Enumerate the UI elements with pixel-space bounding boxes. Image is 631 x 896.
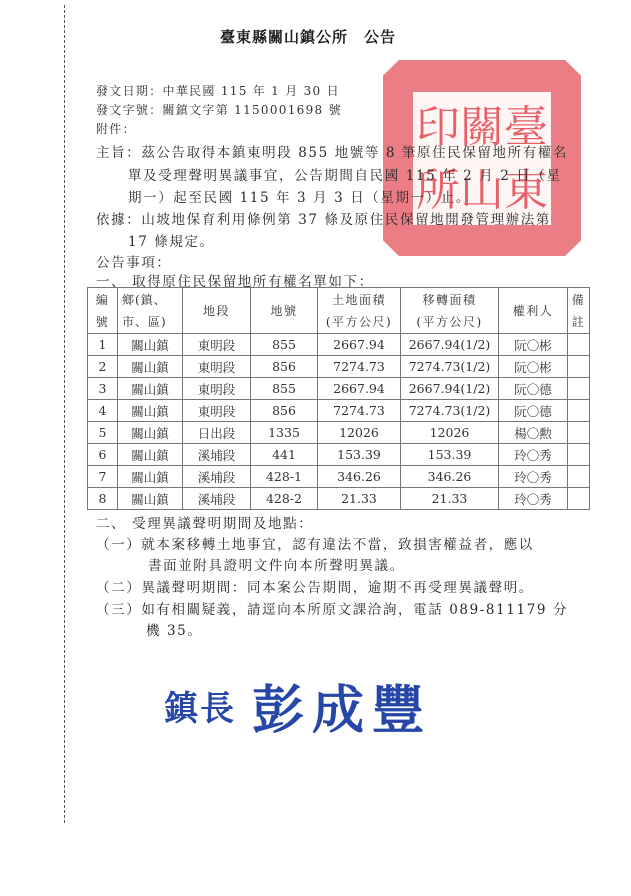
cell-land-section: 溪埔段 <box>183 444 251 466</box>
cell-no: 2 <box>88 356 118 378</box>
cell-owner: 玲〇秀 <box>499 444 568 466</box>
cell-lot-number: 441 <box>251 444 318 466</box>
cell-lot-number: 428-1 <box>251 466 318 488</box>
table-row: 3 關山鎮 東明段 855 2667.94 2667.94(1/2) 阮〇德 <box>88 378 590 400</box>
cell-transfer-area: 2667.94(1/2) <box>401 334 499 356</box>
cell-transfer-area: 153.39 <box>401 444 499 466</box>
header-lot-number: 地號 <box>251 288 318 334</box>
cell-owner: 阮〇彬 <box>499 356 568 378</box>
cell-transfer-area: 12026 <box>401 422 499 444</box>
header-land-section: 地段 <box>183 288 251 334</box>
header-transfer-area: 移轉面積(平方公尺) <box>401 288 499 334</box>
section-2-item-3-line-2: 機 35。 <box>146 619 202 639</box>
section-2-item-1-line-1: （一）就本案移轉土地事宜，認有違法不當，致損害權益者，應以 <box>96 533 534 553</box>
cell-lot-number: 1335 <box>251 422 318 444</box>
cell-remarks <box>568 488 590 510</box>
table-row: 6 關山鎮 溪埔段 441 153.39 153.39 玲〇秀 <box>88 444 590 466</box>
cell-remarks <box>568 334 590 356</box>
cell-owner: 玲〇秀 <box>499 466 568 488</box>
cell-remarks <box>568 466 590 488</box>
cell-lot-number: 428-2 <box>251 488 318 510</box>
cell-land-area: 7274.73 <box>318 400 401 422</box>
cell-land-section: 溪埔段 <box>183 488 251 510</box>
cell-remarks <box>568 356 590 378</box>
cell-owner: 阮〇德 <box>499 400 568 422</box>
cell-remarks <box>568 444 590 466</box>
cell-land-area: 2667.94 <box>318 378 401 400</box>
cell-owner: 楊〇勲 <box>499 422 568 444</box>
basis-line-2: 17 條規定。 <box>128 230 215 250</box>
cell-no: 7 <box>88 466 118 488</box>
cell-township: 關山鎮 <box>118 466 183 488</box>
section-2-item-2: （二）異議聲明期間：同本案公告期間，逾期不再受理異議聲明。 <box>96 576 534 596</box>
cell-land-section: 東明段 <box>183 356 251 378</box>
issue-number: 發文字號：關鎮文字第 1150001698 號 <box>96 101 342 118</box>
cell-no: 3 <box>88 378 118 400</box>
cell-no: 1 <box>88 334 118 356</box>
cell-land-section: 東明段 <box>183 334 251 356</box>
cell-township: 關山鎮 <box>118 488 183 510</box>
item-text: 就本案移轉土地事宜，認有違法不當，致損害權益者，應以 <box>141 537 534 553</box>
cell-remarks <box>568 400 590 422</box>
cell-land-section: 日出段 <box>183 422 251 444</box>
subject-line-2: 單及受理聲明異議事宜，公告期間自民國 115 年 2 月 2 日（星 <box>128 164 562 184</box>
header-owner: 權利人 <box>499 288 568 334</box>
signature-title: 鎮長 <box>164 689 236 729</box>
table-row: 5 關山鎮 日出段 1335 12026 12026 楊〇勲 <box>88 422 590 444</box>
issue-number-label: 發文字號： <box>96 103 163 117</box>
issue-date: 發文日期：中華民國 115 年 1 月 30 日 <box>96 82 340 99</box>
header-land-area: 土地面積(平方公尺) <box>318 288 401 334</box>
mayor-signature: 鎮長彭成豐 <box>164 668 432 743</box>
attachment-label: 附件： <box>96 120 136 137</box>
cell-no: 6 <box>88 444 118 466</box>
document-title: 臺東縣關山鎮公所公告 <box>220 26 396 47</box>
table-row: 1 關山鎮 東明段 855 2667.94 2667.94(1/2) 阮〇彬 <box>88 334 590 356</box>
section-2-item-1-line-2: 書面並附具證明文件向本所聲明異議。 <box>148 554 405 574</box>
header-township: 鄉(鎮、市、區) <box>118 288 183 334</box>
basis-text: 山坡地保育利用條例第 37 條及原住民保留地開發管理辦法第 <box>141 212 551 228</box>
cell-land-section: 東明段 <box>183 378 251 400</box>
cell-township: 關山鎮 <box>118 444 183 466</box>
cell-land-section: 東明段 <box>183 400 251 422</box>
issue-number-value: 關鎮文字第 1150001698 號 <box>163 103 342 117</box>
notice-heading: 公告事項： <box>96 251 172 271</box>
item-label: （一） <box>96 537 141 553</box>
cell-owner: 玲〇秀 <box>499 488 568 510</box>
basis-line-1: 依據：山坡地保育利用條例第 37 條及原住民保留地開發管理辦法第 <box>96 208 551 228</box>
cell-land-area: 7274.73 <box>318 356 401 378</box>
item-label: （二） <box>96 580 141 596</box>
cell-township: 關山鎮 <box>118 356 183 378</box>
table-row: 8 關山鎮 溪埔段 428-2 21.33 21.33 玲〇秀 <box>88 488 590 510</box>
cell-no: 8 <box>88 488 118 510</box>
item-text: 異議聲明期間：同本案公告期間，逾期不再受理異議聲明。 <box>141 580 534 596</box>
subject-text: 茲公告取得本鎮東明段 855 地號等 8 筆原住民保留地所有權名 <box>141 145 568 161</box>
cell-township: 關山鎮 <box>118 378 183 400</box>
cell-lot-number: 855 <box>251 334 318 356</box>
header-remarks: 備註 <box>568 288 590 334</box>
cell-land-area: 153.39 <box>318 444 401 466</box>
section-2-title: 二、 受理異議聲明期間及地點： <box>96 512 313 532</box>
table-row: 4 關山鎮 東明段 856 7274.73 7274.73(1/2) 阮〇德 <box>88 400 590 422</box>
subject-line-3: 期一）起至民國 115 年 3 月 3 日（星期一）止。 <box>128 186 471 206</box>
cell-remarks <box>568 422 590 444</box>
binding-cut-line <box>64 5 65 823</box>
cell-land-area: 21.33 <box>318 488 401 510</box>
signature-name: 彭成豐 <box>252 680 432 741</box>
cell-remarks <box>568 378 590 400</box>
subject-label: 主旨： <box>96 145 141 161</box>
basis-label: 依據： <box>96 212 141 228</box>
item-text: 如有相關疑義，請逕向本所原文課洽詢，電話 089-811179 分 <box>141 602 568 618</box>
cell-land-section: 溪埔段 <box>183 466 251 488</box>
cell-land-area: 346.26 <box>318 466 401 488</box>
cell-owner: 阮〇德 <box>499 378 568 400</box>
cell-land-area: 12026 <box>318 422 401 444</box>
cell-no: 4 <box>88 400 118 422</box>
table-row: 2 關山鎮 東明段 856 7274.73 7274.73(1/2) 阮〇彬 <box>88 356 590 378</box>
subject-line-1: 主旨：茲公告取得本鎮東明段 855 地號等 8 筆原住民保留地所有權名 <box>96 141 568 161</box>
cell-transfer-area: 7274.73(1/2) <box>401 400 499 422</box>
table-header-row: 編號 鄉(鎮、市、區) 地段 地號 土地面積(平方公尺) 移轉面積(平方公尺) … <box>88 288 590 334</box>
cell-owner: 阮〇彬 <box>499 334 568 356</box>
cell-township: 關山鎮 <box>118 334 183 356</box>
cell-township: 關山鎮 <box>118 400 183 422</box>
cell-lot-number: 856 <box>251 400 318 422</box>
cell-lot-number: 856 <box>251 356 318 378</box>
issue-date-value: 中華民國 115 年 1 月 30 日 <box>163 84 340 98</box>
document-type: 公告 <box>364 28 396 46</box>
cell-transfer-area: 21.33 <box>401 488 499 510</box>
cell-land-area: 2667.94 <box>318 334 401 356</box>
cell-lot-number: 855 <box>251 378 318 400</box>
section-2-item-3-line-1: （三）如有相關疑義，請逕向本所原文課洽詢，電話 089-811179 分 <box>96 598 568 618</box>
item-label: （三） <box>96 602 141 618</box>
cell-transfer-area: 346.26 <box>401 466 499 488</box>
cell-no: 5 <box>88 422 118 444</box>
cell-transfer-area: 2667.94(1/2) <box>401 378 499 400</box>
cell-township: 關山鎮 <box>118 422 183 444</box>
issue-date-label: 發文日期： <box>96 84 163 98</box>
agency-name: 臺東縣關山鎮公所 <box>220 28 348 46</box>
header-no: 編號 <box>88 288 118 334</box>
owners-table: 編號 鄉(鎮、市、區) 地段 地號 土地面積(平方公尺) 移轉面積(平方公尺) … <box>87 287 590 510</box>
table-row: 7 關山鎮 溪埔段 428-1 346.26 346.26 玲〇秀 <box>88 466 590 488</box>
cell-transfer-area: 7274.73(1/2) <box>401 356 499 378</box>
